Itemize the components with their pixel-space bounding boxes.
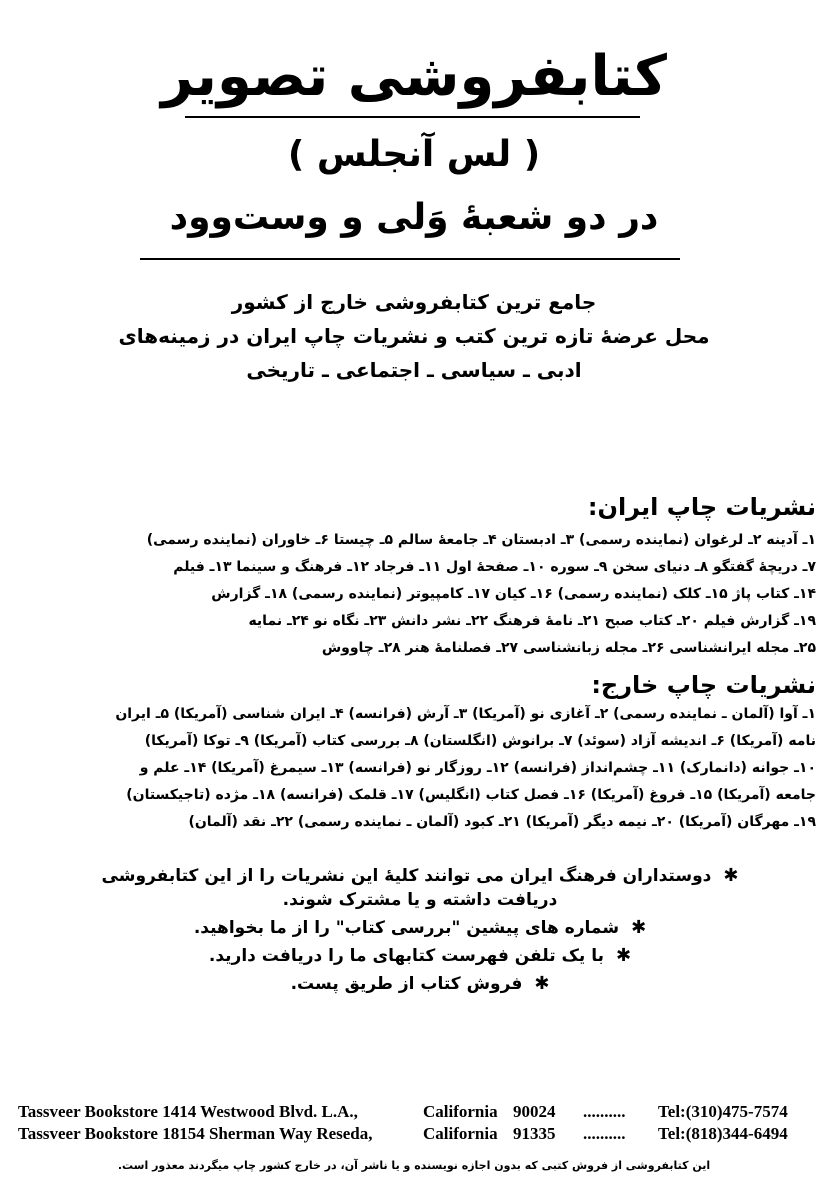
address-westwood: Tassveer Bookstore 1414 Westwood Blvd. L…: [18, 1102, 818, 1122]
asterisk-icon: ✱: [534, 972, 549, 996]
note-back-issues: ✱شماره های پیشین "بررسی کتاب" را از ما ب…: [60, 916, 780, 940]
zip-code: 91335: [513, 1124, 583, 1144]
iran-publications-line: ۱۴ـ کتاب پاژ ۱۵ـ کلک (نماینده رسمی) ۱۶ـ …: [6, 584, 816, 604]
tagline-line-2: محل عرضهٔ تازه ترین کتب و نشریات چاپ ایر…: [0, 321, 828, 351]
note-catalog: ✱با یک تلفن فهرست کتابهای ما را دریافت د…: [60, 944, 780, 968]
city-subtitle: ( لس آنجلس ): [0, 130, 828, 180]
foreign-publications-line: ۱ـ آوا (آلمان ـ نماینده رسمی) ۲ـ آغازی ن…: [6, 704, 816, 724]
phone-number: Tel:(818)344-6494: [658, 1124, 788, 1144]
dot-leader: ..........: [583, 1124, 658, 1144]
state: California: [423, 1124, 513, 1144]
store-address: Tassveer Bookstore 18154 Sherman Way Res…: [18, 1124, 423, 1144]
iran-publications-line: ۱ـ آدینه ۲ـ لرغوان (نماینده رسمی) ۳ـ ادب…: [6, 530, 816, 550]
store-title: کتابفروشی تصویر: [0, 42, 828, 112]
copyright-notice: این کتابفروشی از فروش کتبی که بدون اجازه…: [0, 1158, 828, 1174]
branches-underline: [140, 258, 680, 260]
note-subscribe-continued: دریافت داشته و یا مشترک شوند.: [60, 888, 780, 912]
phone-number: Tel:(310)475-7574: [658, 1102, 788, 1122]
tagline-line-3: ادبی ـ سیاسی ـ اجتماعی ـ تاریخی: [0, 355, 828, 385]
note-subscribe: ✱دوستداران فرهنگ ایران می توانند کلیهٔ ا…: [60, 864, 780, 888]
branches-subtitle: در دو شعبهٔ وَلی و وست‌وود: [0, 192, 828, 244]
address-reseda: Tassveer Bookstore 18154 Sherman Way Res…: [18, 1124, 818, 1144]
asterisk-icon: ✱: [631, 916, 646, 940]
tagline-line-1: جامع ترین کتابفروشی خارج از کشور: [0, 287, 828, 317]
note-text: با یک تلفن فهرست کتابهای ما را دریافت دا…: [209, 946, 604, 966]
note-mail-order: ✱فروش کتاب از طریق پست.: [60, 972, 780, 996]
foreign-publications-line: جامعه (آمریکا) ۱۵ـ فروغ (آمریکا) ۱۶ـ فصل…: [6, 785, 816, 805]
iran-publications-line: ۷ـ دریچهٔ گفتگو ۸ـ دنیای سخن ۹ـ سوره ۱۰ـ…: [6, 557, 816, 577]
foreign-publications-line: ۱۹ـ مهرگان (آمریکا) ۲۰ـ نیمه دیگر (آمریک…: [6, 812, 816, 832]
asterisk-icon: ✱: [723, 864, 738, 888]
foreign-publications-heading: نشریات چاپ خارج:: [591, 670, 816, 700]
zip-code: 90024: [513, 1102, 583, 1122]
iran-publications-line: ۲۵ـ مجله ایرانشناسی ۲۶ـ مجله زبانشناسی ۲…: [6, 638, 816, 658]
state: California: [423, 1102, 513, 1122]
asterisk-icon: ✱: [616, 944, 631, 968]
dot-leader: ..........: [583, 1102, 658, 1122]
note-text: فروش کتاب از طریق پست.: [291, 974, 523, 994]
foreign-publications-line: ۱۰ـ جوانه (دانمارک) ۱۱ـ چشم‌انداز (فرانس…: [6, 758, 816, 778]
title-underline: [185, 116, 640, 118]
iran-publications-line: ۱۹ـ گزارش فیلم ۲۰ـ کتاب صبح ۲۱ـ نامهٔ فر…: [6, 611, 816, 631]
foreign-publications-line: نامه (آمریکا) ۶ـ اندیشه آزاد (سوئد) ۷ـ ب…: [6, 731, 816, 751]
note-text: دوستداران فرهنگ ایران می توانند کلیهٔ ای…: [102, 866, 712, 886]
note-text: شماره های پیشین "بررسی کتاب" را از ما بخ…: [194, 918, 619, 938]
iran-publications-heading: نشریات چاپ ایران:: [588, 492, 816, 522]
store-address: Tassveer Bookstore 1414 Westwood Blvd. L…: [18, 1102, 423, 1122]
